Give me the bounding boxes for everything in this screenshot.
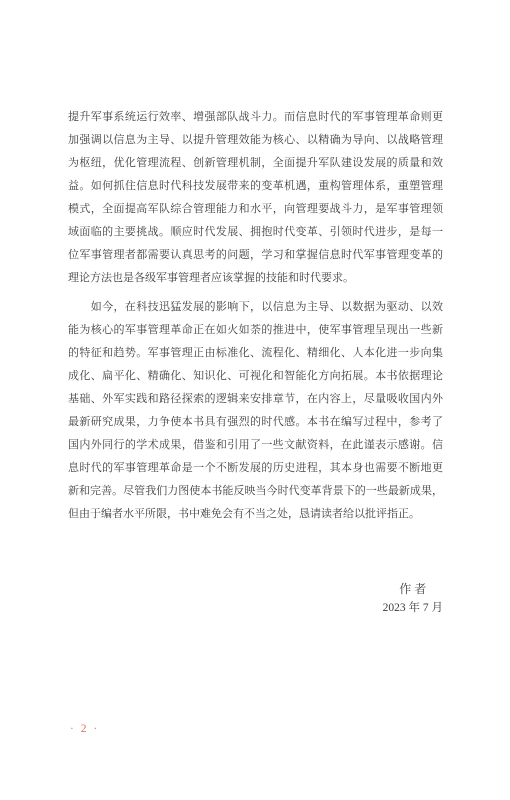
publish-date: 2023 年 7 月 <box>383 599 443 618</box>
text-line: 基础、外军实践和路径探索的逻辑来安排章节，在内容上，尽量吸收国内外 <box>68 388 443 411</box>
text-line: 新和完善。尽管我们力图使本书能反映当今时代变革背景下的一些最新成果， <box>68 480 443 503</box>
text-line: 国内外同行的学术成果，借鉴和引用了一些文献资料，在此谨表示感谢。信 <box>68 434 443 457</box>
preface-paragraph-1: 提升军事系统运行效率、增强部队战斗力。而信息时代的军事管理革命则更加强调以信息为… <box>68 106 443 290</box>
text-line: 模式，全面提高军队综合管理能力和水平，向管理要战斗力，是军事管理领 <box>68 198 443 221</box>
text-line: 能为核心的军事管理革命正在如火如荼的推进中，使军事管理呈现出一些新 <box>68 319 443 342</box>
text-line: 但由于编者水平所限，书中难免会有不当之处，恳请读者给以批评指正。 <box>68 503 443 526</box>
text-line: 的特征和趋势。军事管理正由标准化、流程化、精细化、人本化进一步向集 <box>68 342 443 365</box>
text-line: 息时代的军事管理革命是一个不断发展的历史进程，其本身也需要不断地更 <box>68 457 443 480</box>
author-name: 作 者 <box>383 580 443 599</box>
text-line: 最新研究成果，力争使本书具有强烈的时代感。本书在编写过程中，参考了 <box>68 411 443 434</box>
text-line: 益。如何抓住信息时代科技发展带来的变革机遇，重构管理体系，重塑管理 <box>68 175 443 198</box>
text-line: 域面临的主要挑战。顺应时代发展、拥抱时代变革、引领时代进步，是每一 <box>68 221 443 244</box>
text-line: 加强调以信息为主导、以提升管理效能为核心、以精确为导向、以战略管理 <box>68 129 443 152</box>
text-line: 成化、扁平化、精确化、知识化、可视化和智能化方向拓展。本书依据理论 <box>68 365 443 388</box>
text-line: 为枢纽，优化管理流程、创新管理机制，全面提升军队建设发展的质量和效 <box>68 152 443 175</box>
preface-text-block: 提升军事系统运行效率、增强部队战斗力。而信息时代的军事管理革命则更加强调以信息为… <box>68 106 443 526</box>
text-line: 理论方法也是各级军事管理者应该掌握的技能和时代要求。 <box>68 267 443 290</box>
text-line: 如今，在科技迅猛发展的影响下，以信息为主导、以数据为驱动、以效 <box>68 296 443 319</box>
text-line: 提升军事系统运行效率、增强部队战斗力。而信息时代的军事管理革命则更 <box>68 106 443 129</box>
page-number: · 2 · <box>70 721 99 737</box>
preface-paragraph-2: 如今，在科技迅猛发展的影响下，以信息为主导、以数据为驱动、以效能为核心的军事管理… <box>68 296 443 526</box>
book-page: 提升军事系统运行效率、增强部队战斗力。而信息时代的军事管理革命则更加强调以信息为… <box>0 0 510 800</box>
signature-block: 作 者 2023 年 7 月 <box>383 580 443 618</box>
text-line: 位军事管理者都需要认真思考的问题，学习和掌握信息时代军事管理变革的 <box>68 244 443 267</box>
